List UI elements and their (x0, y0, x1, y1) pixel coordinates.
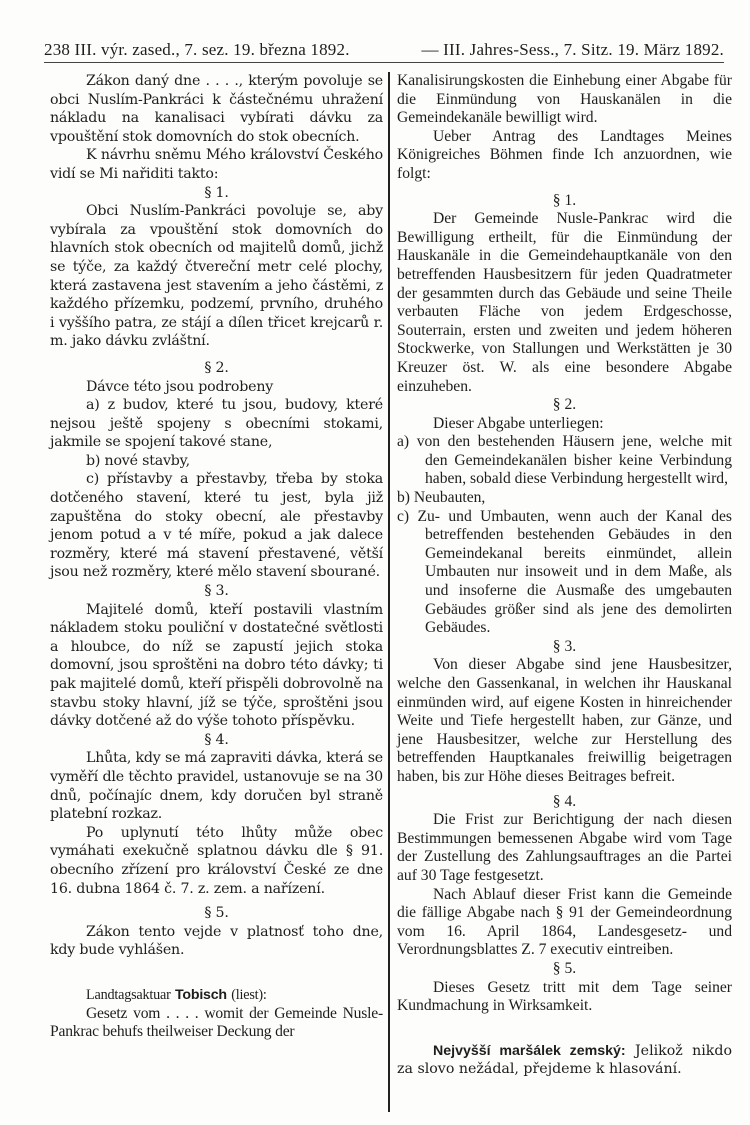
czech-s2-a: a) z budov, které tu jsou, budovy, které… (50, 396, 383, 452)
german-s4-text2: Nach Ablauf dieser Frist kann die Gemein… (397, 886, 732, 960)
czech-s1-text: Obci Nuslím-Pankráci povoluje se, aby vy… (50, 202, 383, 351)
german-law-start: Gesetz vom . . . . womit der Gemeinde Nu… (50, 1005, 383, 1042)
czech-s2-b: b) nové stavby, (50, 452, 383, 471)
speaker-line: Nejvyšší maršálek zemský: Jelikož nikdo … (397, 1042, 732, 1079)
czech-s3-title: § 3. (50, 582, 383, 601)
german-s2-a: a) von den bestehenden Häusern jene, wel… (397, 433, 732, 489)
column-divider (388, 72, 390, 1112)
german-s5-title: § 5. (397, 960, 732, 979)
german-proposal: Ueber Antrag des Landtages Meines Königr… (397, 128, 732, 184)
german-s3-text: Von dieser Abgabe sind jene Hausbesitzer… (397, 656, 732, 786)
reader-name: Tobisch (175, 987, 227, 1003)
czech-column: Zákon daný dne . . . ., kterým povoluje … (50, 72, 383, 1042)
german-s4-title: § 4. (397, 793, 732, 812)
german-s1-text: Der Gemeinde Nusle-Pankrac wird die Bewi… (397, 210, 732, 396)
spacer (50, 960, 383, 986)
german-s4-text1: Die Frist zur Berichtigung der nach dies… (397, 811, 732, 885)
czech-s5-text: Zákon tento vejde v platnosť toho dne, k… (50, 923, 383, 960)
reader-line: Landtagsaktuar Tobisch (liest): (50, 986, 383, 1005)
page-header: 238 III. výr. zased., 7. sez. 19. března… (44, 36, 724, 64)
german-intro-cont: Kanalisirungskosten die Einhebung einer … (397, 72, 732, 128)
header-czech: 238 III. výr. zased., 7. sez. 19. března… (44, 40, 350, 60)
header-separator: — (422, 40, 439, 59)
czech-s5-title: § 5. (50, 904, 383, 923)
czech-s2-c: c) přístavby a přestavby, třeba by stoka… (50, 470, 383, 582)
czech-s4-title: § 4. (50, 731, 383, 750)
spacer (397, 1016, 732, 1042)
german-s2-b: b) Neubauten, (397, 489, 732, 508)
reader-suffix: (liest): (231, 987, 266, 1003)
german-s2-intro: Dieser Abgabe unterliegen: (397, 415, 732, 434)
speaker-name: Nejvyšší maršálek zemský: (433, 1043, 626, 1059)
czech-intro: Zákon daný dne . . . ., kterým povoluje … (50, 72, 383, 146)
header-rule (44, 62, 724, 63)
german-s1-title: § 1. (397, 192, 732, 211)
german-s2-title: § 2. (397, 396, 732, 415)
german-s3-title: § 3. (397, 638, 732, 657)
german-s5-text: Dieses Gesetz tritt mit dem Tage seiner … (397, 979, 732, 1016)
header-german-text: III. Jahres-Sess., 7. Sitz. 19. März 189… (443, 40, 724, 59)
czech-s1-title: § 1. (50, 184, 383, 203)
czech-s4-text2: Po uplynutí této lhůty může obec vymáhat… (50, 824, 383, 898)
reader-title: Landtagsaktuar (86, 987, 171, 1003)
czech-s3-text: Majitelé domů, kteří postavili vlastním … (50, 601, 383, 731)
czech-s4-text1: Lhůta, kdy se má zapraviti dávka, která … (50, 749, 383, 823)
czech-s2-intro: Dávce této jsou podrobeny (50, 378, 383, 397)
czech-s2-title: § 2. (50, 359, 383, 378)
german-column: Kanalisirungskosten die Einhebung einer … (397, 72, 732, 1079)
czech-proposal: K návrhu sněmu Mého království Českého v… (50, 146, 383, 183)
header-german: — III. Jahres-Sess., 7. Sitz. 19. März 1… (422, 40, 724, 60)
german-s2-c: c) Zu- und Umbauten, wenn auch der Kanal… (397, 508, 732, 638)
